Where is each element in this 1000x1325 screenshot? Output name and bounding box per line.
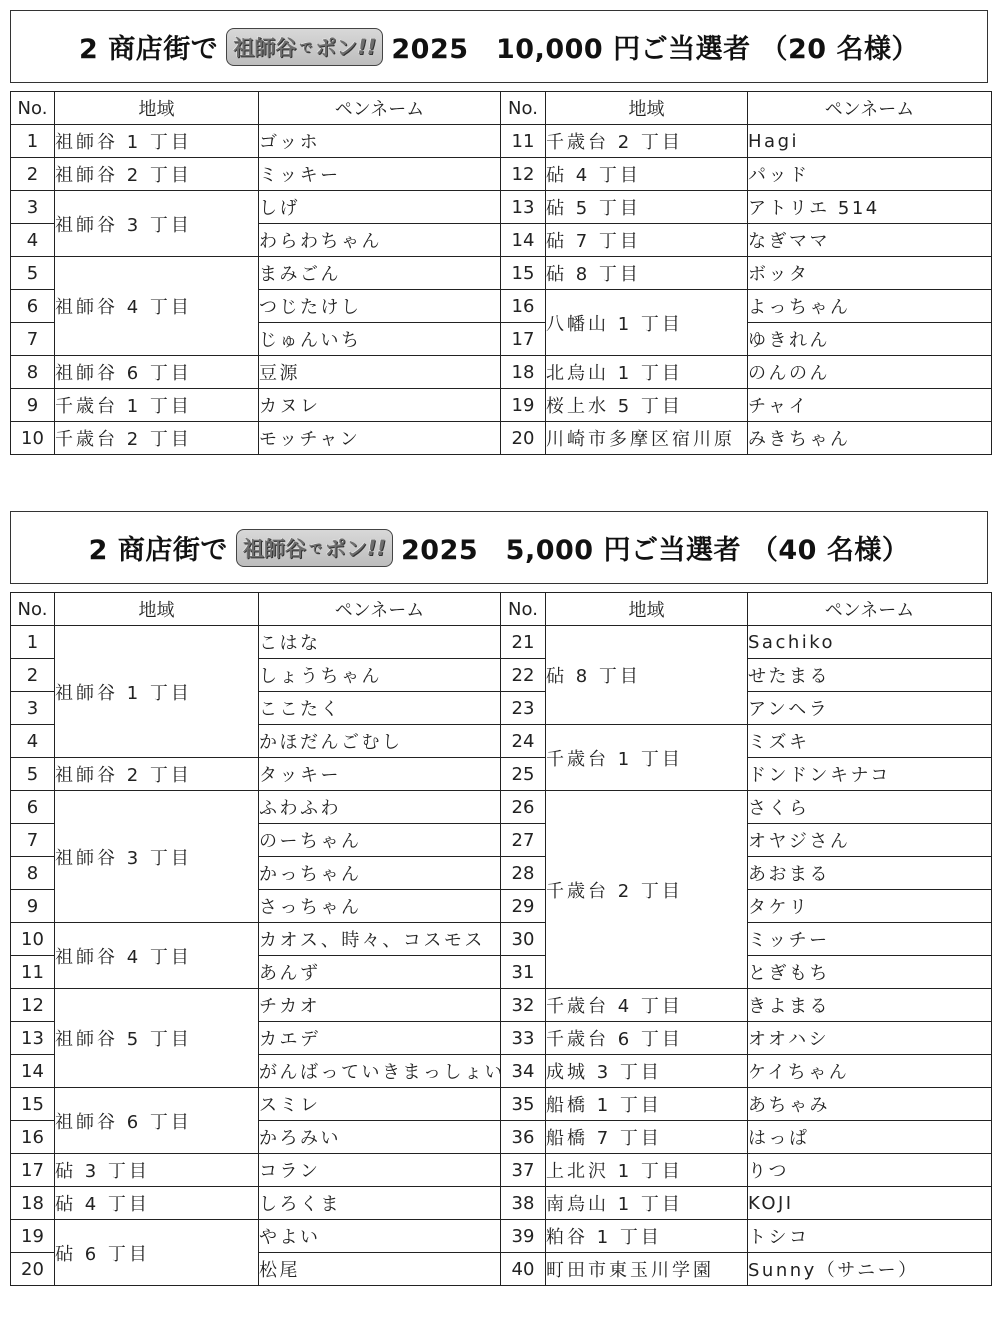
winner-number: 9 xyxy=(11,389,55,422)
winner-number: 19 xyxy=(11,1220,55,1253)
winner-penname: まみごん xyxy=(259,257,501,290)
winner-penname: やよい xyxy=(259,1220,501,1253)
table-row: 6祖師谷 3 丁目ふわふわ26千歳台 2 丁目さくら xyxy=(11,791,992,824)
winner-penname: コラン xyxy=(259,1154,501,1187)
winner-number: 29 xyxy=(501,890,546,923)
winner-penname: きよまる xyxy=(748,989,992,1022)
winner-number: 15 xyxy=(11,1088,55,1121)
winner-penname: カヌレ xyxy=(259,389,501,422)
winner-number: 32 xyxy=(501,989,546,1022)
title-prefix: 2 商店街で xyxy=(89,528,228,567)
winner-area: 上北沢 1 丁目 xyxy=(546,1154,748,1187)
logo-small: で xyxy=(299,37,312,56)
winner-penname: Sunny（サニー） xyxy=(748,1253,992,1286)
winner-penname: パッド xyxy=(748,158,992,191)
winner-penname: スミレ xyxy=(259,1088,501,1121)
logo-main: 祖師谷 xyxy=(243,533,306,563)
table-row: 8祖師谷 6 丁目豆源18北烏山 1 丁目のんのん xyxy=(11,356,992,389)
winner-penname: かほだんごむし xyxy=(259,725,501,758)
table-header-row: No. 地域 ペンネーム No. 地域 ペンネーム xyxy=(11,92,992,125)
winner-area: 砧 7 丁目 xyxy=(546,224,748,257)
winner-penname: ふわふわ xyxy=(259,791,501,824)
section-2-title: 2 商店街で 祖師谷でポン!! 2025 5,000 円ご当選者 （40 名様） xyxy=(10,511,988,584)
winner-number: 13 xyxy=(501,191,546,224)
header-penname: ペンネーム xyxy=(259,593,501,626)
winner-number: 11 xyxy=(501,125,546,158)
winner-penname: カオス、時々、コスモス xyxy=(259,923,501,956)
winner-number: 37 xyxy=(501,1154,546,1187)
winner-penname: なぎママ xyxy=(748,224,992,257)
winner-number: 7 xyxy=(11,824,55,857)
header-no: No. xyxy=(501,593,546,626)
section-1-title: 2 商店街で 祖師谷でポン!! 2025 10,000 円ご当選者 （20 名様… xyxy=(10,10,988,83)
winner-number: 10 xyxy=(11,923,55,956)
winner-number: 27 xyxy=(501,824,546,857)
winner-number: 31 xyxy=(501,956,546,989)
winner-penname: ミズキ xyxy=(748,725,992,758)
winner-number: 40 xyxy=(501,1253,546,1286)
winner-penname: よっちゃん xyxy=(748,290,992,323)
winner-penname: みきちゃん xyxy=(748,422,992,455)
header-area: 地域 xyxy=(55,593,259,626)
winner-area: 祖師谷 2 丁目 xyxy=(55,758,259,791)
table-row: 10祖師谷 4 丁目カオス、時々、コスモス30ミッチー xyxy=(11,923,992,956)
winner-area: 粕谷 1 丁目 xyxy=(546,1220,748,1253)
title-suffix: 2025 10,000 円ご当選者 （20 名様） xyxy=(391,27,919,66)
winner-penname: じゅんいち xyxy=(259,323,501,356)
winner-area: 千歳台 1 丁目 xyxy=(546,725,748,791)
winner-number: 28 xyxy=(501,857,546,890)
winner-penname: KOJI xyxy=(748,1187,992,1220)
winner-penname: ゆきれん xyxy=(748,323,992,356)
winner-number: 13 xyxy=(11,1022,55,1055)
winner-penname: さくら xyxy=(748,791,992,824)
winner-number: 11 xyxy=(11,956,55,989)
winner-penname: ここたく xyxy=(259,692,501,725)
sosigaya-de-pon-logo: 祖師谷でポン!! xyxy=(236,529,393,567)
table-row: 1祖師谷 1 丁目こはな21砧 8 丁目Sachiko xyxy=(11,626,992,659)
winner-area: 祖師谷 2 丁目 xyxy=(55,158,259,191)
header-area: 地域 xyxy=(546,593,748,626)
winner-penname: 豆源 xyxy=(259,356,501,389)
winner-area: 祖師谷 6 丁目 xyxy=(55,1088,259,1154)
winner-area: 祖師谷 3 丁目 xyxy=(55,191,259,257)
table-row: 18砧 4 丁目しろくま38南烏山 1 丁目KOJI xyxy=(11,1187,992,1220)
winner-penname: チャイ xyxy=(748,389,992,422)
logo-main: 祖師谷 xyxy=(233,32,296,62)
winner-penname: のーちゃん xyxy=(259,824,501,857)
winner-number: 8 xyxy=(11,356,55,389)
winner-area: 船橋 7 丁目 xyxy=(546,1121,748,1154)
winner-number: 18 xyxy=(11,1187,55,1220)
winner-area: 桜上水 5 丁目 xyxy=(546,389,748,422)
winner-penname: がんばっていきまっしょい xyxy=(259,1055,501,1088)
table-row: 5祖師谷 2 丁目タッキー25ドンドンキナコ xyxy=(11,758,992,791)
header-no: No. xyxy=(11,593,55,626)
winner-number: 39 xyxy=(501,1220,546,1253)
title-prefix: 2 商店街で xyxy=(79,27,218,66)
winner-number: 6 xyxy=(11,791,55,824)
winner-penname: はっぱ xyxy=(748,1121,992,1154)
winner-area: 千歳台 2 丁目 xyxy=(546,125,748,158)
winner-number: 7 xyxy=(11,323,55,356)
winner-number: 16 xyxy=(501,290,546,323)
winner-area: 祖師谷 6 丁目 xyxy=(55,356,259,389)
winner-number: 10 xyxy=(11,422,55,455)
table-row: 3祖師谷 3 丁目しげ13砧 5 丁目アトリエ 514 xyxy=(11,191,992,224)
winner-area: 砧 8 丁目 xyxy=(546,257,748,290)
winner-area: 祖師谷 4 丁目 xyxy=(55,923,259,989)
winner-penname: ゴッホ xyxy=(259,125,501,158)
winner-area: 成城 3 丁目 xyxy=(546,1055,748,1088)
winner-penname: ケイちゃん xyxy=(748,1055,992,1088)
winner-penname: タッキー xyxy=(259,758,501,791)
winner-area: 祖師谷 1 丁目 xyxy=(55,125,259,158)
winner-area: 北烏山 1 丁目 xyxy=(546,356,748,389)
winner-penname: Sachiko xyxy=(748,626,992,659)
winner-number: 15 xyxy=(501,257,546,290)
winner-number: 3 xyxy=(11,692,55,725)
winner-number: 14 xyxy=(11,1055,55,1088)
table-row: 17砧 3 丁目コラン37上北沢 1 丁目りつ xyxy=(11,1154,992,1187)
winners-table-5000: No. 地域 ペンネーム No. 地域 ペンネーム 1祖師谷 1 丁目こはな21… xyxy=(10,592,992,1286)
winner-area: 祖師谷 3 丁目 xyxy=(55,791,259,923)
winner-number: 4 xyxy=(11,224,55,257)
winner-number: 24 xyxy=(501,725,546,758)
winner-number: 9 xyxy=(11,890,55,923)
table-header-row: No. 地域 ペンネーム No. 地域 ペンネーム xyxy=(11,593,992,626)
table-row: 12祖師谷 5 丁目チカオ32千歳台 4 丁目きよまる xyxy=(11,989,992,1022)
winner-area: 砧 4 丁目 xyxy=(55,1187,259,1220)
winner-penname: アンヘラ xyxy=(748,692,992,725)
winner-number: 26 xyxy=(501,791,546,824)
winner-number: 25 xyxy=(501,758,546,791)
winner-number: 5 xyxy=(11,758,55,791)
table-row: 19砧 6 丁目やよい39粕谷 1 丁目トシコ xyxy=(11,1220,992,1253)
winner-penname: さっちゃん xyxy=(259,890,501,923)
winner-penname: かろみい xyxy=(259,1121,501,1154)
winner-penname: Hagi xyxy=(748,125,992,158)
winner-area: 砧 8 丁目 xyxy=(546,626,748,725)
winner-number: 18 xyxy=(501,356,546,389)
winner-penname: しょうちゃん xyxy=(259,659,501,692)
title-suffix: 2025 5,000 円ご当選者 （40 名様） xyxy=(401,528,909,567)
winner-penname: こはな xyxy=(259,626,501,659)
table-row: 10千歳台 2 丁目モッチャン20川崎市多摩区宿川原みきちゃん xyxy=(11,422,992,455)
logo-tail: ポン xyxy=(325,533,367,563)
winner-area: 千歳台 2 丁目 xyxy=(546,791,748,989)
table-row: 5祖師谷 4 丁目まみごん15砧 8 丁目ボッタ xyxy=(11,257,992,290)
winner-area: 町田市東玉川学園 xyxy=(546,1253,748,1286)
winner-number: 4 xyxy=(11,725,55,758)
winner-penname: しろくま xyxy=(259,1187,501,1220)
logo-bang: !! xyxy=(357,35,376,59)
winner-penname: あおまる xyxy=(748,857,992,890)
winner-penname: ミッキー xyxy=(259,158,501,191)
winner-number: 38 xyxy=(501,1187,546,1220)
winner-number: 3 xyxy=(11,191,55,224)
winner-number: 12 xyxy=(11,989,55,1022)
sosigaya-de-pon-logo: 祖師谷でポン!! xyxy=(226,28,383,66)
winner-area: 八幡山 1 丁目 xyxy=(546,290,748,356)
table-row: 2祖師谷 2 丁目ミッキー12砧 4 丁目パッド xyxy=(11,158,992,191)
winner-penname: オオハシ xyxy=(748,1022,992,1055)
winner-penname: とぎもち xyxy=(748,956,992,989)
header-no: No. xyxy=(11,92,55,125)
winner-number: 2 xyxy=(11,659,55,692)
winner-number: 19 xyxy=(501,389,546,422)
winner-penname: せたまる xyxy=(748,659,992,692)
winner-number: 36 xyxy=(501,1121,546,1154)
winner-penname: アトリエ 514 xyxy=(748,191,992,224)
winner-number: 5 xyxy=(11,257,55,290)
winner-area: 千歳台 6 丁目 xyxy=(546,1022,748,1055)
winner-area: 千歳台 4 丁目 xyxy=(546,989,748,1022)
winner-penname: オヤジさん xyxy=(748,824,992,857)
winner-number: 2 xyxy=(11,158,55,191)
winner-penname: ミッチー xyxy=(748,923,992,956)
winner-area: 砧 3 丁目 xyxy=(55,1154,259,1187)
winner-area: 祖師谷 1 丁目 xyxy=(55,626,259,758)
logo-bang: !! xyxy=(367,536,386,560)
header-penname: ペンネーム xyxy=(748,593,992,626)
winner-number: 20 xyxy=(501,422,546,455)
winner-penname: ドンドンキナコ xyxy=(748,758,992,791)
winner-penname: 松尾 xyxy=(259,1253,501,1286)
winner-number: 6 xyxy=(11,290,55,323)
winner-number: 23 xyxy=(501,692,546,725)
winner-number: 33 xyxy=(501,1022,546,1055)
winner-number: 1 xyxy=(11,125,55,158)
winner-penname: カエデ xyxy=(259,1022,501,1055)
winner-penname: かっちゃん xyxy=(259,857,501,890)
winner-penname: つじたけし xyxy=(259,290,501,323)
winner-number: 30 xyxy=(501,923,546,956)
winner-area: 船橋 1 丁目 xyxy=(546,1088,748,1121)
winner-number: 17 xyxy=(501,323,546,356)
winners-table-10000: No. 地域 ペンネーム No. 地域 ペンネーム 1祖師谷 1 丁目ゴッホ11… xyxy=(10,91,992,455)
winner-number: 17 xyxy=(11,1154,55,1187)
header-penname: ペンネーム xyxy=(259,92,501,125)
winner-area: 砧 6 丁目 xyxy=(55,1220,259,1286)
winner-area: 砧 5 丁目 xyxy=(546,191,748,224)
winner-number: 35 xyxy=(501,1088,546,1121)
winner-penname: あちゃみ xyxy=(748,1088,992,1121)
table-row: 15祖師谷 6 丁目スミレ35船橋 1 丁目あちゃみ xyxy=(11,1088,992,1121)
winner-number: 34 xyxy=(501,1055,546,1088)
logo-tail: ポン xyxy=(315,32,357,62)
winner-area: 砧 4 丁目 xyxy=(546,158,748,191)
header-no: No. xyxy=(501,92,546,125)
winner-number: 20 xyxy=(11,1253,55,1286)
winner-penname: りつ xyxy=(748,1154,992,1187)
winner-penname: トシコ xyxy=(748,1220,992,1253)
winner-penname: チカオ xyxy=(259,989,501,1022)
winner-area: 祖師谷 4 丁目 xyxy=(55,257,259,356)
winner-area: 千歳台 2 丁目 xyxy=(55,422,259,455)
winner-number: 12 xyxy=(501,158,546,191)
winner-penname: タケリ xyxy=(748,890,992,923)
winner-number: 21 xyxy=(501,626,546,659)
winner-area: 川崎市多摩区宿川原 xyxy=(546,422,748,455)
winner-area: 祖師谷 5 丁目 xyxy=(55,989,259,1088)
winner-penname: あんず xyxy=(259,956,501,989)
winner-number: 1 xyxy=(11,626,55,659)
winner-number: 22 xyxy=(501,659,546,692)
winner-penname: のんのん xyxy=(748,356,992,389)
header-penname: ペンネーム xyxy=(748,92,992,125)
header-area: 地域 xyxy=(546,92,748,125)
header-area: 地域 xyxy=(55,92,259,125)
winner-penname: しげ xyxy=(259,191,501,224)
winner-penname: モッチャン xyxy=(259,422,501,455)
table-row: 9千歳台 1 丁目カヌレ19桜上水 5 丁目チャイ xyxy=(11,389,992,422)
table-row: 1祖師谷 1 丁目ゴッホ11千歳台 2 丁目Hagi xyxy=(11,125,992,158)
winner-penname: わらわちゃん xyxy=(259,224,501,257)
winner-penname: ボッタ xyxy=(748,257,992,290)
winner-area: 千歳台 1 丁目 xyxy=(55,389,259,422)
winner-area: 南烏山 1 丁目 xyxy=(546,1187,748,1220)
winner-number: 8 xyxy=(11,857,55,890)
winner-number: 14 xyxy=(501,224,546,257)
logo-small: で xyxy=(309,538,322,557)
winner-number: 16 xyxy=(11,1121,55,1154)
